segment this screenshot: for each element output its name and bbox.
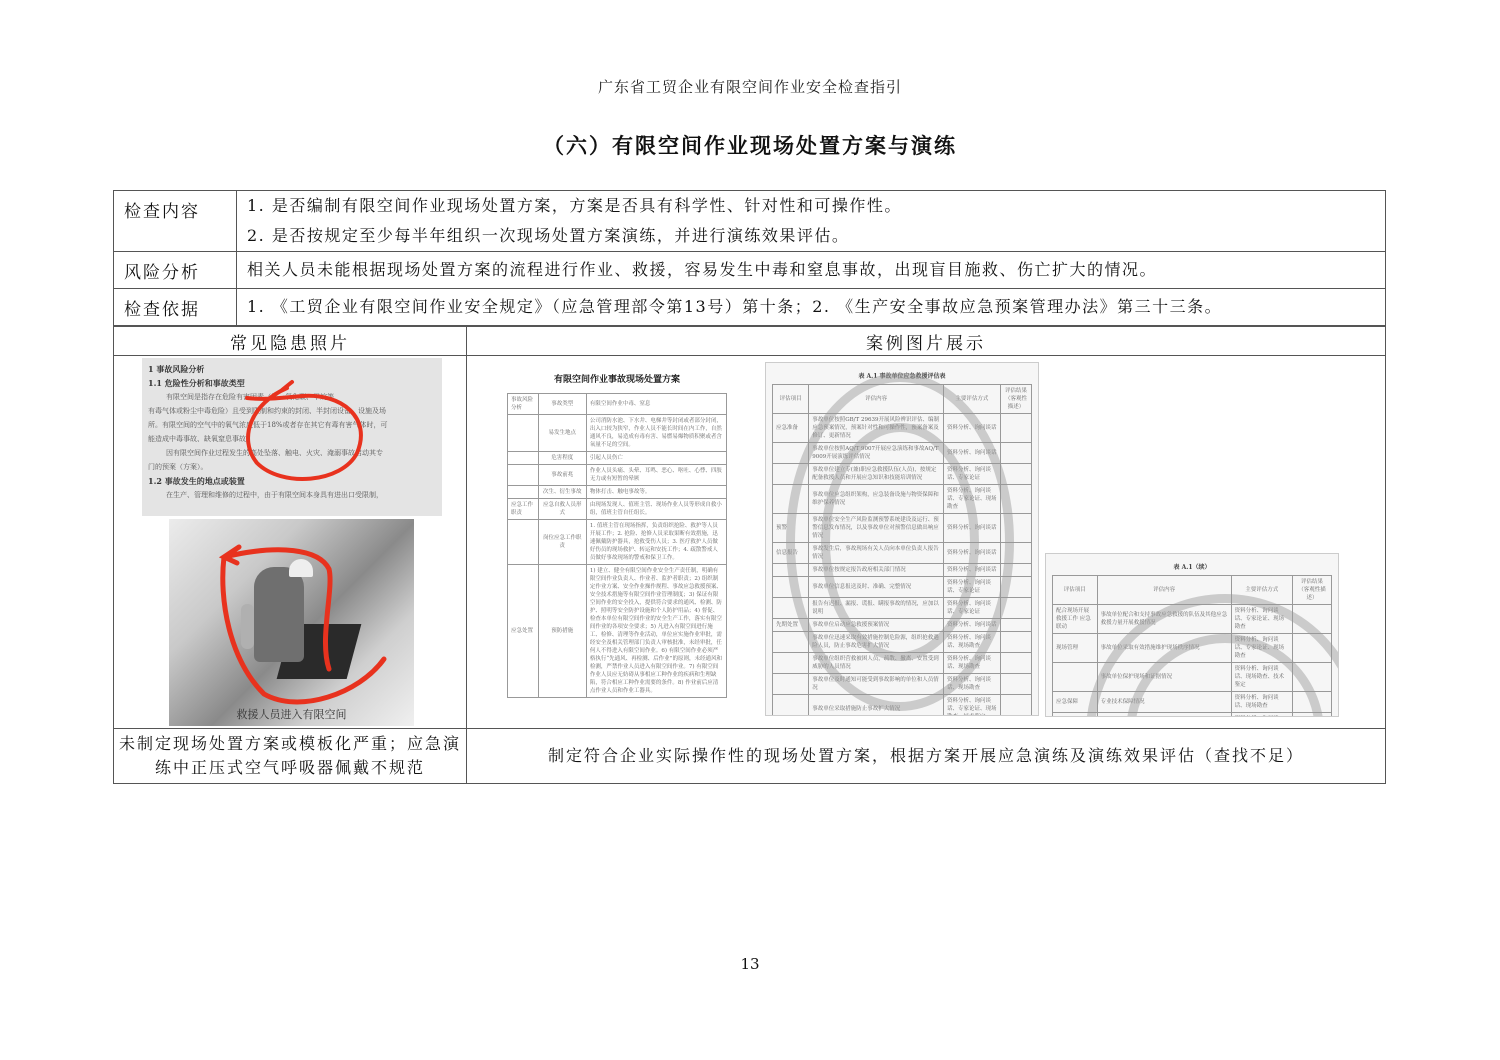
row-label-check-content: 检查内容 xyxy=(114,191,237,252)
hazard-caption: 未制定现场处置方案或模板化严重；应急演练中正压式空气呼吸器佩戴不规范 xyxy=(114,729,467,784)
section-title: （六）有限空间作业现场处置方案与演练 xyxy=(0,130,1500,160)
table-row: 风险分析 相关人员未能根据现场处置方案的流程进行作业、救援，容易发生中毒和窒息事… xyxy=(114,252,1386,289)
content-line: 1. 是否编制有限空间作业现场处置方案，方案是否具有科学性、针对性和可操作性。 xyxy=(237,191,1385,221)
page-number: 13 xyxy=(0,955,1500,973)
row-content-risk-analysis: 相关人员未能根据现场处置方案的流程进行作业、救援，容易发生中毒和窒息事故，出现盲… xyxy=(237,252,1386,289)
running-header: 广东省工贸企业有限空间作业安全检查指引 xyxy=(0,76,1500,97)
case-caption: 制定符合企业实际操作性的现场处置方案，根据方案开展应急演练及演练效果评估（查找不… xyxy=(467,729,1386,784)
case-evaluation-continued-image: 表 A.1（续） 评估项目评估内容主要评估方式评估结果（客观性描述）配合现场开展… xyxy=(1045,553,1339,717)
hazard-document-photo: 1 事故风险分析 1.1 危险性分析和事故类型 有限空间是指存在危险有害因素（如… xyxy=(142,358,442,516)
case-image-cell: 有限空间作业事故现场处置方案 事故风险分析事故类型有限空间作业中毒、窒息易发生地… xyxy=(467,356,1386,729)
row-content-check-content: 1. 是否编制有限空间作业现场处置方案，方案是否具有科学性、针对性和可操作性。 … xyxy=(237,191,1386,252)
photo-table: 常见隐患照片 案例图片展示 1 事故风险分析 1.1 危险性分析和事故类型 有限… xyxy=(113,326,1386,784)
red-arrow-annotation-icon xyxy=(169,519,414,726)
content-line: 相关人员未能根据现场处置方案的流程进行作业、救援，容易发生中毒和窒息事故，出现盲… xyxy=(237,252,1385,288)
hazard-photo-header: 常见隐患照片 xyxy=(114,327,467,356)
hazard-photo-cell: 1 事故风险分析 1.1 危险性分析和事故类型 有限空间是指存在危险有害因素（如… xyxy=(114,356,467,729)
content-line: 2. 是否按规定至少每半年组织一次现场处置方案演练，并进行演练效果评估。 xyxy=(237,221,1385,251)
case-evaluation-image: 表 A.1 事故单位应急救援评估表 评估项目评估内容主要评估方式评估结果（客观性… xyxy=(765,362,1039,716)
table-row: 检查依据 1. 《工贸企业有限空间作业安全规定》（应急管理部令第13号）第十条；… xyxy=(114,289,1386,326)
row-label-basis: 检查依据 xyxy=(114,289,237,326)
row-label-risk-analysis: 风险分析 xyxy=(114,252,237,289)
inspection-table: 检查内容 1. 是否编制有限空间作业现场处置方案，方案是否具有科学性、针对性和可… xyxy=(113,190,1386,326)
case-plan-image: 有限空间作业事故现场处置方案 事故风险分析事故类型有限空间作业中毒、窒息易发生地… xyxy=(507,372,727,712)
content-line: 1. 《工贸企业有限空间作业安全规定》（应急管理部令第13号）第十条；2. 《生… xyxy=(237,289,1385,325)
case-image-header: 案例图片展示 xyxy=(467,327,1386,356)
table-row: 检查内容 1. 是否编制有限空间作业现场处置方案，方案是否具有科学性、针对性和可… xyxy=(114,191,1386,252)
red-circle-annotation-icon xyxy=(142,358,442,516)
rescue-photo: 救援人员进入有限空间 xyxy=(169,519,414,726)
row-content-basis: 1. 《工贸企业有限空间作业安全规定》（应急管理部令第13号）第十条；2. 《生… xyxy=(237,289,1386,326)
